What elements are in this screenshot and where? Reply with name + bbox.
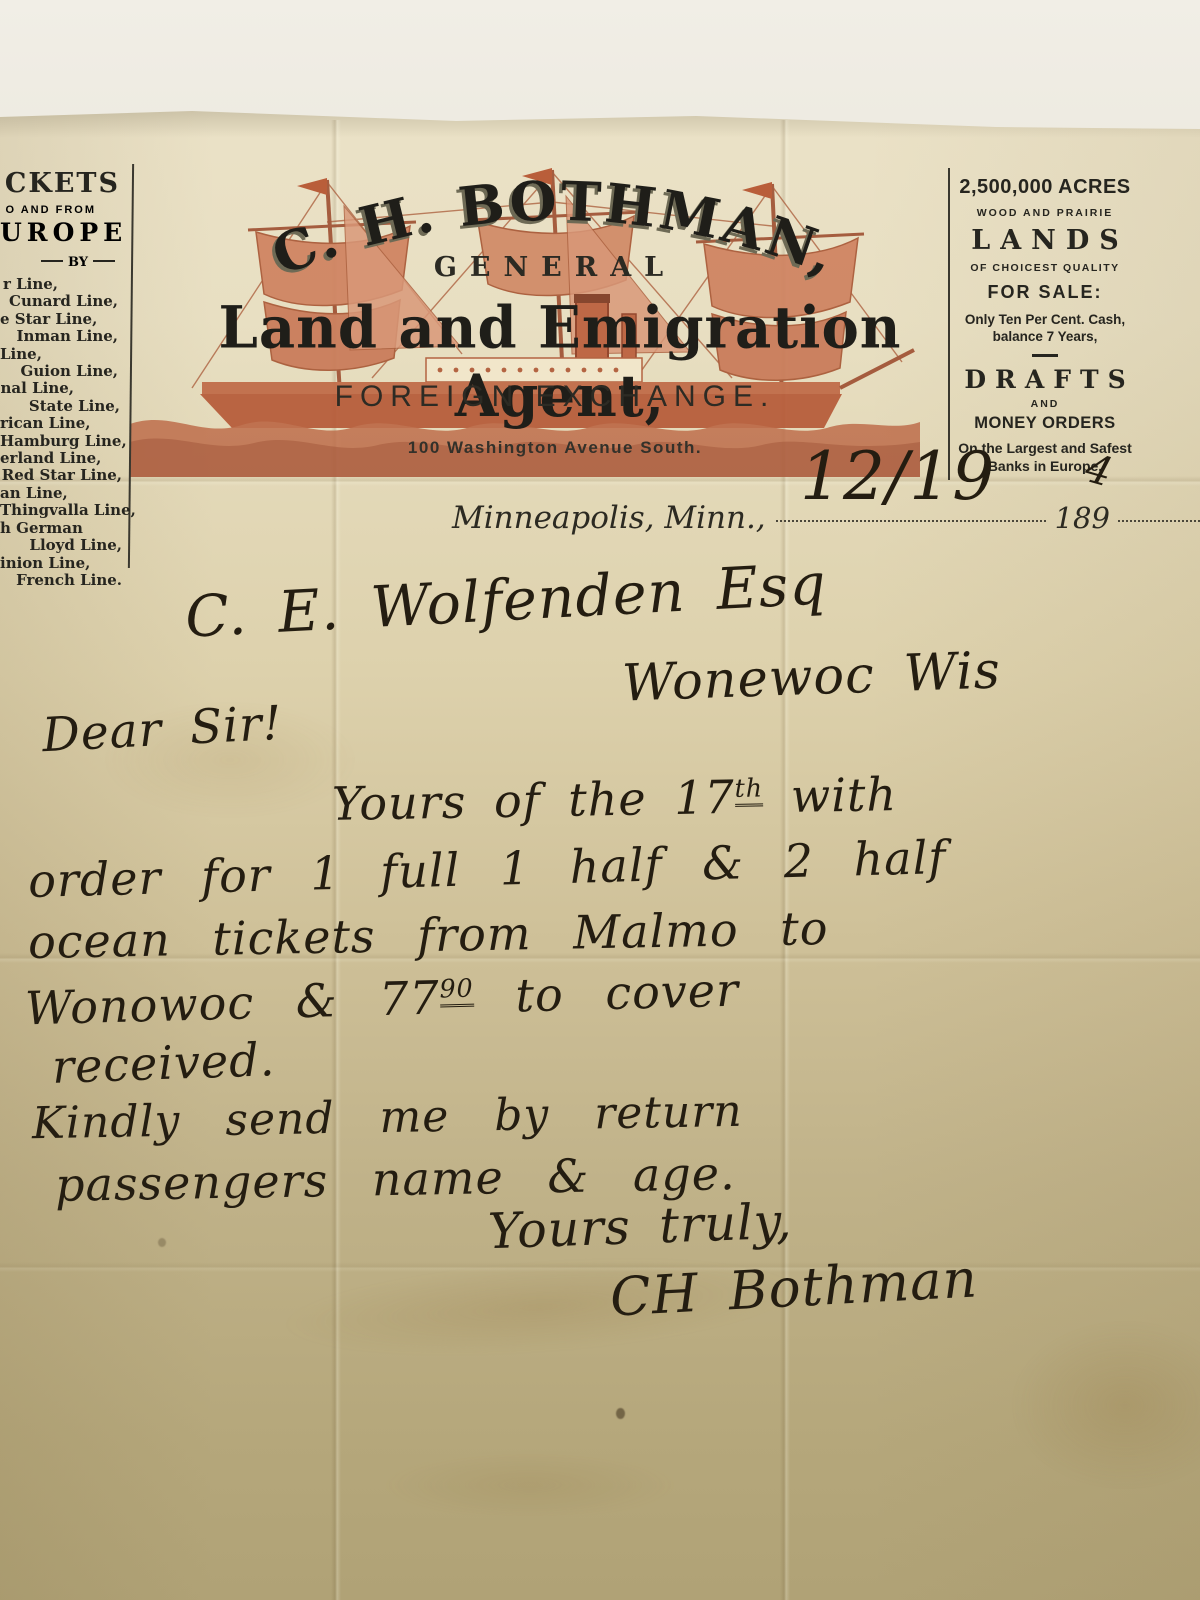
section-divider: [1032, 354, 1058, 357]
wood-prairie-label: WOOD AND PRAIRIE: [940, 207, 1150, 219]
by-label: BY: [68, 255, 88, 270]
cents-superscript: 90: [439, 973, 474, 1007]
shipping-line: Thingvalla Line,: [0, 502, 122, 519]
general-label: GENERAL: [230, 252, 880, 283]
shipping-line: e Star Line,: [0, 311, 88, 328]
body-text: with: [763, 767, 898, 823]
foreign-exchange-label: FOREIGN EXCHANGE.: [230, 380, 880, 414]
europe-title: UROPE: [0, 218, 118, 247]
shipping-line: Red Star Line,: [0, 467, 122, 484]
quality-label: OF CHOICEST QUALITY: [940, 262, 1150, 274]
ink-spot: [158, 1238, 166, 1247]
city-label: Minneapolis, Minn.,: [452, 500, 766, 536]
shipping-line: State Line,: [0, 398, 120, 415]
ink-showthrough: [380, 1450, 680, 1520]
body-text: Yours of the 17: [332, 770, 736, 831]
street-address: 100 Washington Avenue South.: [230, 438, 880, 458]
acres-heading: 2,500,000 ACRES: [940, 176, 1150, 199]
company-name-arch: C. H. BOTHMAN, C. H. BOTHMAN,: [225, 146, 885, 311]
closing: Yours truly,: [487, 1193, 793, 1261]
shipping-line: an Line,: [0, 485, 62, 502]
shipping-line: Cunard Line,: [0, 293, 118, 310]
year-prefix: 189: [1055, 501, 1110, 535]
to-and-from-label: O AND FROM: [0, 204, 96, 216]
shipping-line: rican Line,: [0, 415, 80, 432]
body-line: Yours of the 17th with: [332, 767, 898, 831]
paper-top-edge: [0, 108, 1200, 138]
date-rule: [776, 520, 1046, 522]
body-line: received.: [51, 1032, 276, 1094]
shipping-line: French Line.: [0, 572, 122, 589]
shipping-line: h German: [0, 520, 70, 537]
shipping-line: nal Line,: [0, 380, 74, 397]
handwritten-date: 12/19: [800, 438, 995, 515]
shipping-line: Hamburg Line,: [0, 433, 122, 450]
shipping-line: inion Line,: [0, 555, 86, 572]
year-rule: [1118, 520, 1200, 522]
divider-dash: [41, 260, 63, 262]
ink-spot: [616, 1408, 625, 1419]
tickets-title: CKETS: [0, 168, 120, 199]
shipping-line: Inman Line,: [0, 328, 118, 345]
body-text: to cover: [473, 963, 739, 1024]
shipping-line: erland Line,: [0, 450, 66, 467]
shipping-line: Line,: [0, 346, 38, 363]
shipping-line: Guion Line,: [0, 363, 118, 380]
horizontal-fold-crease: [0, 476, 1200, 486]
lands-heading: LANDS: [940, 225, 1150, 256]
left-column-tickets: CKETS O AND FROM UROPE BY r Line, Cunard…: [0, 168, 122, 589]
body-text: Wonowoc & 77: [24, 970, 440, 1035]
shipping-line: Lloyd Line,: [0, 537, 122, 554]
ordinal-superscript: th: [734, 773, 763, 806]
divider-dash: [93, 260, 115, 262]
shipping-line: r Line,: [0, 276, 58, 293]
